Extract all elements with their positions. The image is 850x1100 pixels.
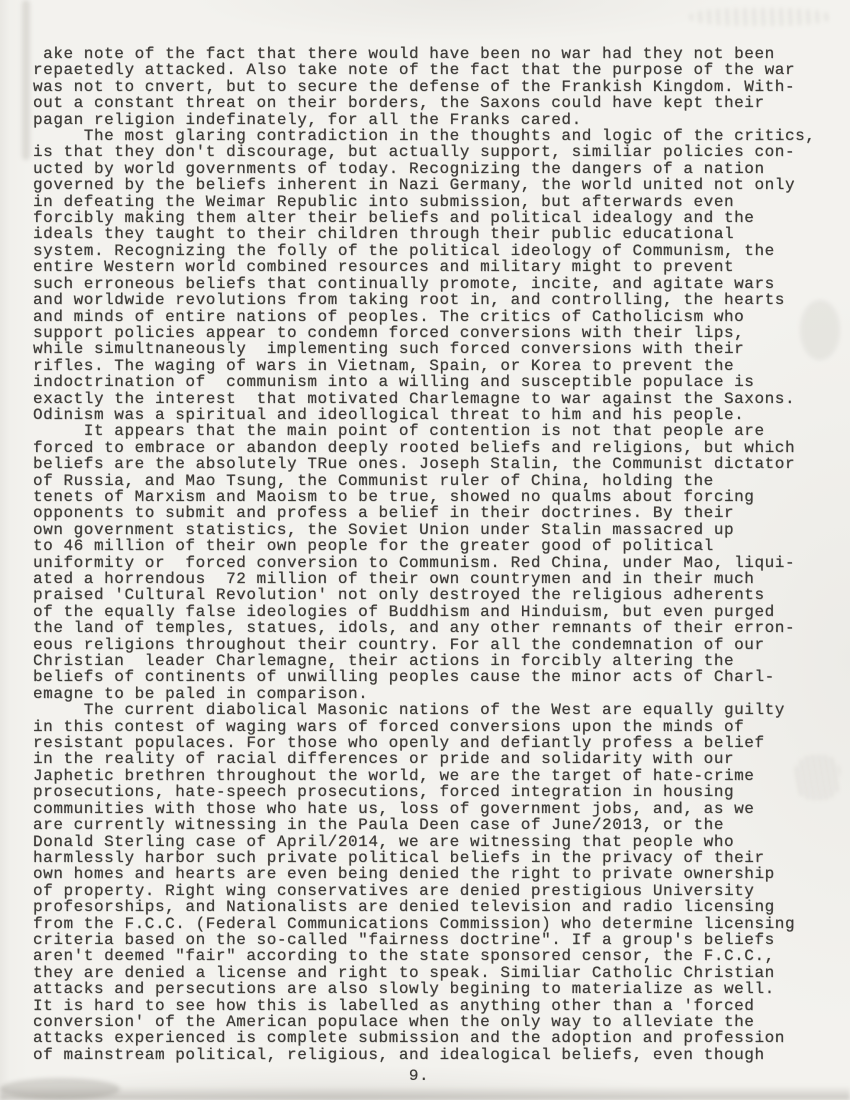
text-line: ake note of the fact that there would ha… [33,46,823,62]
text-line: while simultnaneously implementing such … [33,341,823,357]
text-line: ucted by world governments of today. Rec… [33,161,823,177]
text-line: profesorships, and Nationalists are deni… [33,899,823,915]
text-line: from the F.C.C. (Federal Communications … [33,916,823,932]
text-line: Odinism was a spiritual and ideollogical… [33,407,823,423]
text-line: indoctrination of communism into a willi… [33,374,823,390]
text-line: of property. Right wing conservatives ar… [33,883,823,899]
text-line: Donald Sterling case of April/2014, we a… [33,834,823,850]
text-line: uniformity or forced conversion to Commu… [33,555,823,571]
text-line: governed by the beliefs inherent in Nazi… [33,177,823,193]
text-line: in defeating the Weimar Republic into su… [33,194,823,210]
text-line: rifles. The waging of wars in Vietnam, S… [33,358,823,374]
text-line: support policies appear to condemn force… [33,325,823,341]
text-line: criteria based on the so-called "fairnes… [33,932,823,948]
text-line: attacks and persecutions are also slowly… [33,981,823,997]
text-line: to 46 million of their own people for th… [33,538,823,554]
text-line: was not to cnvert, but to secure the def… [33,79,823,95]
text-line: It is hard to see how this is labelled a… [33,998,823,1014]
text-line: The most glaring contradiction in the th… [33,128,823,144]
text-line: is that they don't discourage, but actua… [33,144,823,160]
paper-edge-left [22,0,30,160]
text-line: harmlessly harbor such private political… [33,850,823,866]
text-line: pagan religion indefinately, for all the… [33,112,823,128]
text-line: repaetedly attacked. Also take note of t… [33,62,823,78]
scanned-page: ake note of the fact that there would ha… [0,0,850,1100]
text-line: forced to embrace or abandon deeply root… [33,440,823,456]
text-line: emagne to be paled in comparison. [33,686,823,702]
text-line: system. Recognizing the folly of the pol… [33,243,823,259]
text-line: beliefs are the absolutely TRue ones. Jo… [33,456,823,472]
text-line: such erroneous beliefs that continually … [33,276,823,292]
text-line: Christian leader Charlemagne, their acti… [33,653,823,669]
text-line: entire Western world combined resources … [33,259,823,275]
page-number: 9. [33,1067,805,1085]
text-line: exactly the interest that motivated Char… [33,391,823,407]
text-line: own homes and hearts are even being deni… [33,866,823,882]
text-line: It appears that the main point of conten… [33,423,823,439]
text-line: and worldwide revolutions from taking ro… [33,292,823,308]
text-line: communities with those who hate us, loss… [33,801,823,817]
text-line: out a constant threat on their borders, … [33,95,823,111]
text-line: The current diabolical Masonic nations o… [33,702,823,718]
text-line: in this contest of waging wars of forced… [33,719,823,735]
text-line: resistant populaces. For those who openl… [33,735,823,751]
text-line: ated a horrendous 72 million of their ow… [33,571,823,587]
text-line: own government statistics, the Soviet Un… [33,522,823,538]
text-line: are currently witnessing in the Paula De… [33,817,823,833]
scan-artifact-bottom-edge [0,1086,850,1100]
text-line: eous religions throughout their country.… [33,637,823,653]
text-line: attacks experienced is complete submissi… [33,1030,823,1046]
text-line: they are denied a license and right to s… [33,965,823,981]
text-line: of the equally false ideologies of Buddh… [33,604,823,620]
text-line: conversion' of the American populace whe… [33,1014,823,1030]
text-line: and minds of entire nations of peoples. … [33,309,823,325]
text-line: forcibly making them alter their beliefs… [33,210,823,226]
text-line: in the reality of racial differences or … [33,751,823,767]
text-line: beliefs of continents of unwilling peopl… [33,669,823,685]
paper-smudge-top-right [690,8,830,26]
text-line: the land of temples, statues, idols, and… [33,620,823,636]
text-line: ideals they taught to their children thr… [33,226,823,242]
text-line: aren't deemed "fair" according to the st… [33,948,823,964]
text-line: tenets of Marxism and Maoism to be true,… [33,489,823,505]
text-line: praised 'Cultural Revolution' not only d… [33,587,823,603]
typewritten-text: ake note of the fact that there would ha… [33,46,823,1063]
text-line: of Russia, and Mao Tsung, the Communist … [33,473,823,489]
text-line: of mainstream political, religious, and … [33,1047,823,1063]
text-line: opponents to submit and profess a belief… [33,505,823,521]
text-line: prosecutions, hate-speech prosecutions, … [33,784,823,800]
text-line: Japhetic brethren throughout the world, … [33,768,823,784]
